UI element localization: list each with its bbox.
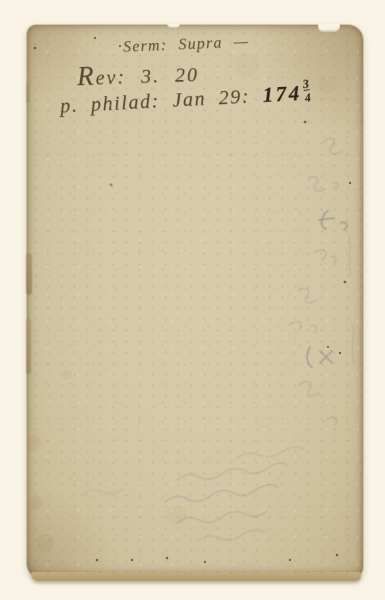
torn-notch-top-left <box>167 24 180 28</box>
booklet-page-edges <box>31 572 361 581</box>
inscription-year: 174 <box>262 81 302 107</box>
binding-wear-mark <box>26 253 32 295</box>
fraction-denominator: 4 <box>303 89 311 104</box>
fraction-numerator: 3 <box>302 77 310 90</box>
inscription-year-fraction: 34 <box>302 77 312 104</box>
binding-wear-mark <box>26 318 31 374</box>
manuscript-paper-sheet: Serm: Supra — Rev: 3. 20 p. philad: Jan … <box>27 25 363 578</box>
binding-wear-mark <box>26 83 30 103</box>
manuscript-scan: Serm: Supra — Rev: 3. 20 p. philad: Jan … <box>0 0 385 600</box>
torn-notch-top-right <box>318 24 340 32</box>
inscription-title-line: Serm: Supra — <box>123 33 250 56</box>
